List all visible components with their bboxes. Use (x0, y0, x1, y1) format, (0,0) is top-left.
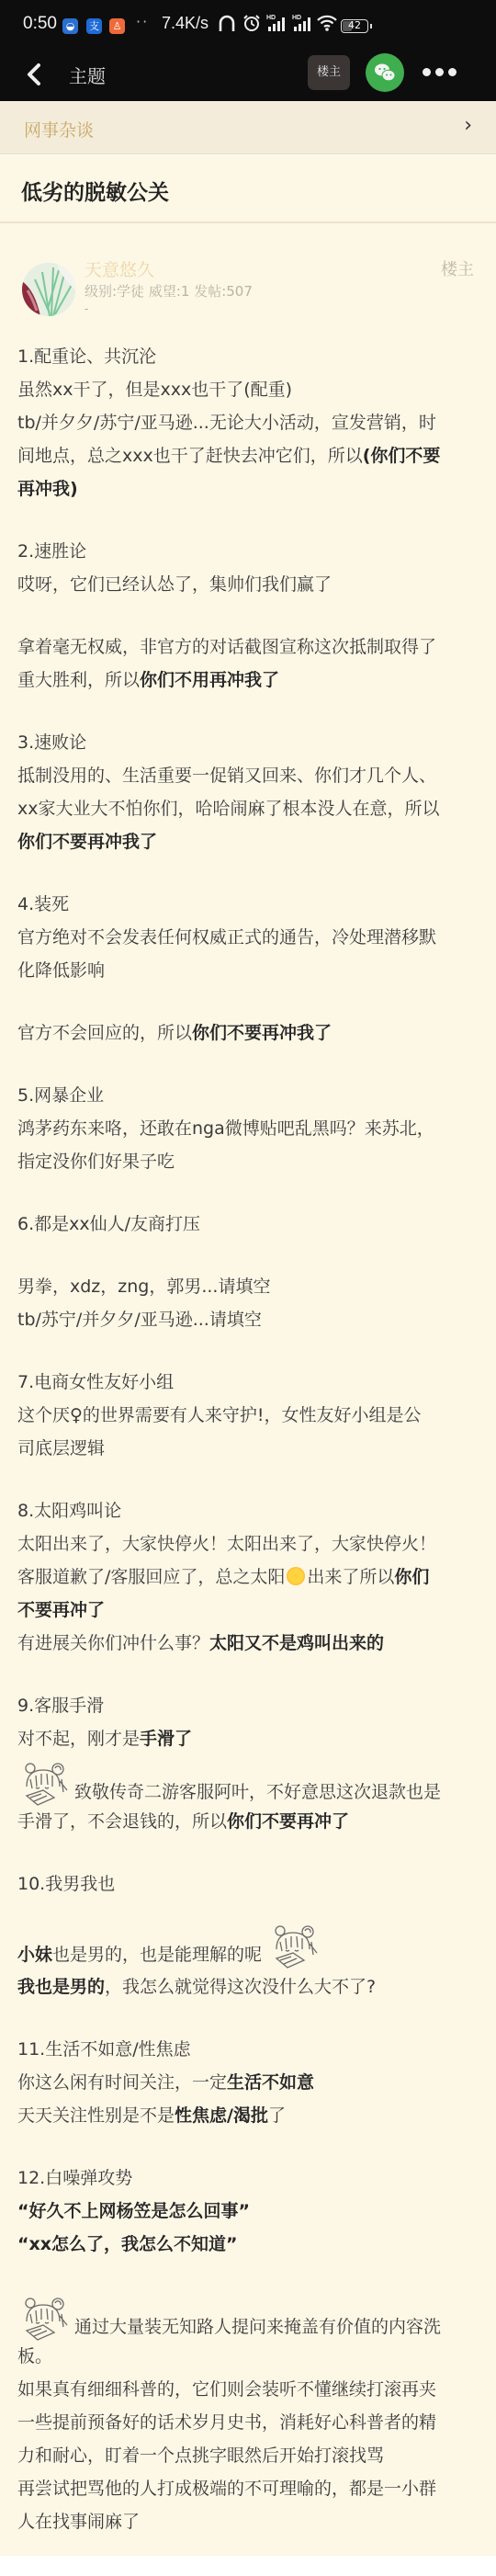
text-segment: 官方绝对不会发表任何权威正式的通告，冷处理潜移默 (17, 927, 436, 948)
post-body-line: 这个厌♀的世界需要有人来守护!，女性友好小组是公 (17, 1399, 422, 1432)
post-body-line: 太阳出来了，大家快停火！太阳出来了，大家快停火！ (17, 1527, 436, 1560)
post-body-line: 客服道歉了/客服回应了，总之太阳出来了所以你们 (17, 1560, 429, 1594)
post-body-line: 对不起，刚才是手滑了 (17, 1722, 192, 1755)
wifi-icon (317, 14, 337, 37)
text-segment: 重大胜利，所以 (17, 670, 140, 690)
post-body-line: 间地点，总之xxx也干了赶快去冲它们，所以(你们不要 (17, 439, 440, 472)
wechat-icon (366, 53, 404, 92)
text-segment: 3.速败论 (17, 732, 86, 753)
post-body-line: 9.客服手滑 (17, 1689, 104, 1722)
only-owner-button[interactable]: 楼主 (308, 55, 350, 90)
top-navigation-bar: 主题 楼主 (0, 51, 496, 101)
dot-icon (435, 68, 444, 76)
text-segment: 1.配重论、共沉沦 (17, 346, 156, 367)
dot-icon (423, 68, 431, 76)
post-body-line: 如果真有细细科普的，它们则会装听不懂继续打滚再夹 (17, 2373, 436, 2406)
battery-level: 42 (348, 19, 361, 31)
author-signature: - (85, 302, 88, 315)
alarm-icon (242, 14, 261, 37)
text-segment: 对不起，刚才是 (17, 1729, 140, 1749)
post-body-line: 7.电商女性友好小组 (17, 1366, 174, 1399)
alipay-icon: 支 (86, 18, 102, 34)
post-body-line: 6.都是xx仙人/友商打压 (17, 1208, 200, 1241)
post-body-line: “好久不上网杨笠是怎么回事” (17, 2195, 250, 2228)
post-title: 低劣的脱敏公关 (21, 176, 169, 206)
post-body-line: 人在找事闹麻了 (17, 2505, 140, 2538)
text-segment: 虽然xx干了，但是xxx也干了(配重) (17, 380, 292, 400)
post-body-line: 重大胜利，所以你们不用再冲我了 (17, 664, 279, 697)
forum-section-link[interactable]: 网事杂谈 › (0, 101, 496, 154)
emphasized-text: 生活不如意 (227, 2072, 314, 2093)
text-segment: xx家大业大不怕你们，哈哈闹麻了根本没人在意，所以 (17, 799, 440, 819)
text-segment: 手滑了，不会退钱的，所以 (17, 1811, 227, 1832)
post-body-line: 4.装死 (17, 888, 69, 921)
author-avatar[interactable] (22, 263, 75, 316)
text-segment: 8.太阳鸡叫论 (17, 1501, 121, 1521)
text-segment: 指定没你们好果子吃 (17, 1152, 175, 1172)
emphasized-text: 你们不用再冲我了 (140, 670, 279, 690)
back-button[interactable] (22, 61, 50, 88)
network-speed: 7.4K/s (162, 14, 209, 33)
emphasized-text: 你们不要再冲了 (227, 1811, 349, 1832)
post-title-band: 低劣的脱敏公关 (0, 155, 496, 223)
forum-section-name: 网事杂谈 (24, 117, 94, 142)
wechat-share-button[interactable] (366, 53, 404, 92)
floor-owner-tag: 楼主 (441, 256, 474, 280)
text-segment: 9.客服手滑 (17, 1696, 104, 1716)
text-segment: 通过大量装无知路人提问来掩盖有价值的内容洗 (74, 2317, 441, 2337)
post-body-line: 官方绝对不会发表任何权威正式的通告，冷处理潜移默 (17, 921, 436, 954)
text-segment: 如果真有细细科普的，它们则会装听不懂继续打滚再夹 (17, 2379, 436, 2400)
text-segment: 男拳，xdz，zng，郭男...请填空 (17, 1277, 270, 1297)
more-notifications-icon: ·· (136, 13, 149, 30)
text-segment: 5.网暴企业 (17, 1085, 104, 1106)
text-segment: tb/苏宁/并夕夕/亚马逊...请填空 (17, 1310, 262, 1330)
text-segment: 客服道歉了/客服回应了，总之太阳 (17, 1567, 285, 1587)
emphasized-text: 不要再冲了 (17, 1600, 105, 1620)
emphasized-text: 再冲我) (17, 479, 78, 499)
qq-browser-icon: ◒ (62, 18, 78, 34)
text-segment: 10.我男我也 (17, 1874, 115, 1894)
post-body-line: 有进展关你们冲什么事？太阳又不是鸡叫出来的 (17, 1627, 384, 1660)
clock: 0:50 (23, 14, 57, 34)
page-title: 主题 (69, 62, 106, 88)
post-body-line: 5.网暴企业 (17, 1079, 104, 1112)
text-segment: 6.都是xx仙人/友商打压 (17, 1214, 200, 1234)
post-body-line: 手滑了，不会退钱的，所以你们不要再冲了 (17, 1805, 349, 1838)
text-segment: 化降低影响 (17, 960, 105, 981)
text-segment: 11.生活不如意/性焦虑 (17, 2039, 191, 2060)
text-segment: 力和耐心，盯着一个点挑字眼然后开始打滚找骂 (17, 2445, 384, 2466)
text-segment: 哎呀，它们已经认怂了，集帅们我们赢了 (17, 574, 332, 595)
text-segment: 再尝试把骂他的人打成极端的不可理喻的，都是一小群 (17, 2479, 436, 2499)
emphasized-text: (你们不要 (363, 446, 441, 466)
text-segment: 太阳出来了，大家快停火！太阳出来了，大家快停火！ (17, 1534, 436, 1554)
chevron-right-icon: › (464, 114, 472, 137)
post-body-line: 板。 (17, 2340, 52, 2373)
avatar-image (22, 263, 75, 316)
text-segment: 抵制没用的、生活重要一促销又回来、你们才几个人、 (17, 766, 436, 786)
emphasized-text: “xx怎么了，我怎么不知道” (17, 2234, 238, 2254)
anime-girl-sticker-icon (267, 1922, 319, 1971)
emphasized-text: 你们不要再冲我了 (17, 832, 157, 852)
text-segment: 12.白噪弹攻势 (17, 2168, 132, 2188)
post-body-line: 不要再冲了 (17, 1594, 105, 1627)
post-body-line: 3.速败论 (17, 726, 86, 759)
post-body-line: 1.配重论、共沉沦 (17, 340, 156, 373)
post-body-line: 抵制没用的、生活重要一促销又回来、你们才几个人、 (17, 759, 436, 792)
emphasized-text: “好久不上网杨笠是怎么回事” (17, 2201, 250, 2221)
post-body-line: 11.生活不如意/性焦虑 (17, 2033, 191, 2066)
post-body-line: 你们不要再冲我了 (17, 825, 157, 858)
anime-girl-sticker-icon (17, 2294, 69, 2343)
emphasized-text: 性焦虑/渴批 (175, 2105, 268, 2126)
post-body-line: “xx怎么了，我怎么不知道” (17, 2228, 238, 2261)
post-body-line: 天天关注性别是不是性焦虑/渴批了 (17, 2099, 286, 2132)
text-segment: 拿着毫无权威，非官方的对话截图宣称这次抵制取得了 (17, 637, 436, 657)
text-segment: 人在找事闹麻了 (17, 2512, 140, 2532)
emphasized-text: 手滑了 (140, 1729, 192, 1749)
post-body-line: 化降低影响 (17, 954, 105, 987)
post-body-line: xx家大业大不怕你们，哈哈闹麻了根本没人在意，所以 (17, 792, 440, 825)
post-body-line: 致敬传奇二游客服阿叶，不好意思这次退款也是 (17, 1759, 441, 1809)
post-body-line: 再尝试把骂他的人打成极端的不可理喻的，都是一小群 (17, 2472, 436, 2505)
post-body-line: 再冲我) (17, 472, 78, 505)
text-segment: 2.速胜论 (17, 541, 86, 562)
author-stats: 级别:学徒 威望:1 发帖:507 (85, 281, 253, 301)
emphasized-text: 太阳又不是鸡叫出来的 (209, 1633, 384, 1653)
post-body-line: 小妹也是男的，也是能理解的呢 (17, 1922, 319, 1971)
text-segment: 7.电商女性友好小组 (17, 1372, 174, 1392)
text-segment: 出来了所以 (307, 1567, 394, 1587)
post-container: 低劣的脱敏公关 天意悠久 级别:学徒 威望:1 发帖:507 - 楼主 1.配重… (0, 155, 496, 2556)
text-segment: 官方不会回应的，所以 (17, 1023, 192, 1043)
emphasized-text: 你们不要再冲我了 (192, 1023, 332, 1043)
signal-2-icon: HD (292, 13, 314, 38)
text-segment: 司底层逻辑 (17, 1438, 105, 1458)
emphasized-text: 我也是男的 (17, 1977, 105, 1997)
text-segment: 你这么闲有时间关注，一定 (17, 2072, 227, 2093)
post-body-line: 2.速胜论 (17, 535, 86, 568)
more-options-button[interactable] (423, 62, 463, 81)
text-segment: 也是男的，也是能理解的呢 (52, 1945, 262, 1965)
post-body-line: 一些提前预备好的话术岁月史书，消耗好心科普者的精 (17, 2406, 436, 2439)
text-segment: 间地点，总之xxx也干了赶快去冲它们，所以 (17, 446, 363, 466)
text-segment: 鸿茅药东来咯，还敢在nga微博贴吧乱黑吗？来苏北， (17, 1118, 434, 1139)
post-body-line: 司底层逻辑 (17, 1432, 105, 1465)
text-segment: 致敬传奇二游客服阿叶，不好意思这次退款也是 (74, 1782, 441, 1802)
svg-text:HD: HD (266, 15, 276, 21)
post-body-line: 鸿茅药东来咯，还敢在nga微博贴吧乱黑吗？来苏北， (17, 1112, 434, 1145)
taobao-icon: ♙ (109, 18, 125, 34)
emphasized-text: 小妹 (17, 1945, 52, 1965)
post-body-line: 你这么闲有时间关注，一定生活不如意 (17, 2066, 314, 2099)
text-segment: 这个厌♀的世界需要有人来守护!，女性友好小组是公 (17, 1405, 422, 1425)
post-body-line: 虽然xx干了，但是xxx也干了(配重) (17, 373, 292, 406)
text-segment: 板。 (17, 2346, 52, 2366)
dot-icon (448, 68, 457, 76)
post-body-line: 力和耐心，盯着一个点挑字眼然后开始打滚找骂 (17, 2439, 384, 2472)
anime-girl-sticker-icon (17, 1759, 69, 1809)
svg-text:HD: HD (292, 15, 301, 21)
post-body-line: 哎呀，它们已经认怂了，集帅们我们赢了 (17, 568, 332, 601)
sun-emoji-icon (287, 1567, 305, 1585)
post-body-line: 官方不会回应的，所以你们不要再冲我了 (17, 1016, 332, 1050)
post-body-line: 通过大量装无知路人提问来掩盖有价值的内容洗 (17, 2294, 441, 2343)
post-body-line: tb/苏宁/并夕夕/亚马逊...请填空 (17, 1303, 262, 1336)
chevron-left-icon (22, 61, 50, 88)
post-body-line: 男拳，xdz，zng，郭男...请填空 (17, 1270, 270, 1303)
status-bar: 0:50 ◒ 支 ♙ ·· 7.4K/s HD HD 42 (0, 0, 496, 51)
battery-icon: 42 (341, 19, 368, 33)
post-body-line: tb/并夕夕/苏宁/亚马逊...无论大小活动，宣发营销，时 (17, 406, 436, 439)
text-segment: 了 (268, 2105, 286, 2126)
post-body-line: 指定没你们好果子吃 (17, 1145, 175, 1178)
emphasized-text: 你们 (394, 1567, 429, 1587)
post-body-line: 10.我男我也 (17, 1867, 115, 1901)
signal-1-icon: HD (266, 13, 288, 38)
text-segment: 天天关注性别是不是 (17, 2105, 175, 2126)
post-body-line: 拿着毫无权威，非官方的对话截图宣称这次抵制取得了 (17, 630, 436, 664)
author-name[interactable]: 天意悠久 (85, 256, 154, 281)
post-body-line: 12.白噪弹攻势 (17, 2162, 132, 2195)
text-segment: 一些提前预备好的话术岁月史书，消耗好心科普者的精 (17, 2412, 436, 2433)
text-segment: tb/并夕夕/苏宁/亚马逊...无论大小活动，宣发营销，时 (17, 413, 436, 433)
headphones-icon (219, 14, 235, 37)
post-body-line: 8.太阳鸡叫论 (17, 1494, 121, 1527)
text-segment: 有进展关你们冲什么事？ (17, 1633, 209, 1653)
post-body-line: 我也是男的，我怎么就觉得这次没什么大不了? (17, 1970, 376, 2003)
text-segment: ，我怎么就觉得这次没什么大不了? (105, 1977, 376, 1997)
text-segment: 4.装死 (17, 894, 69, 914)
